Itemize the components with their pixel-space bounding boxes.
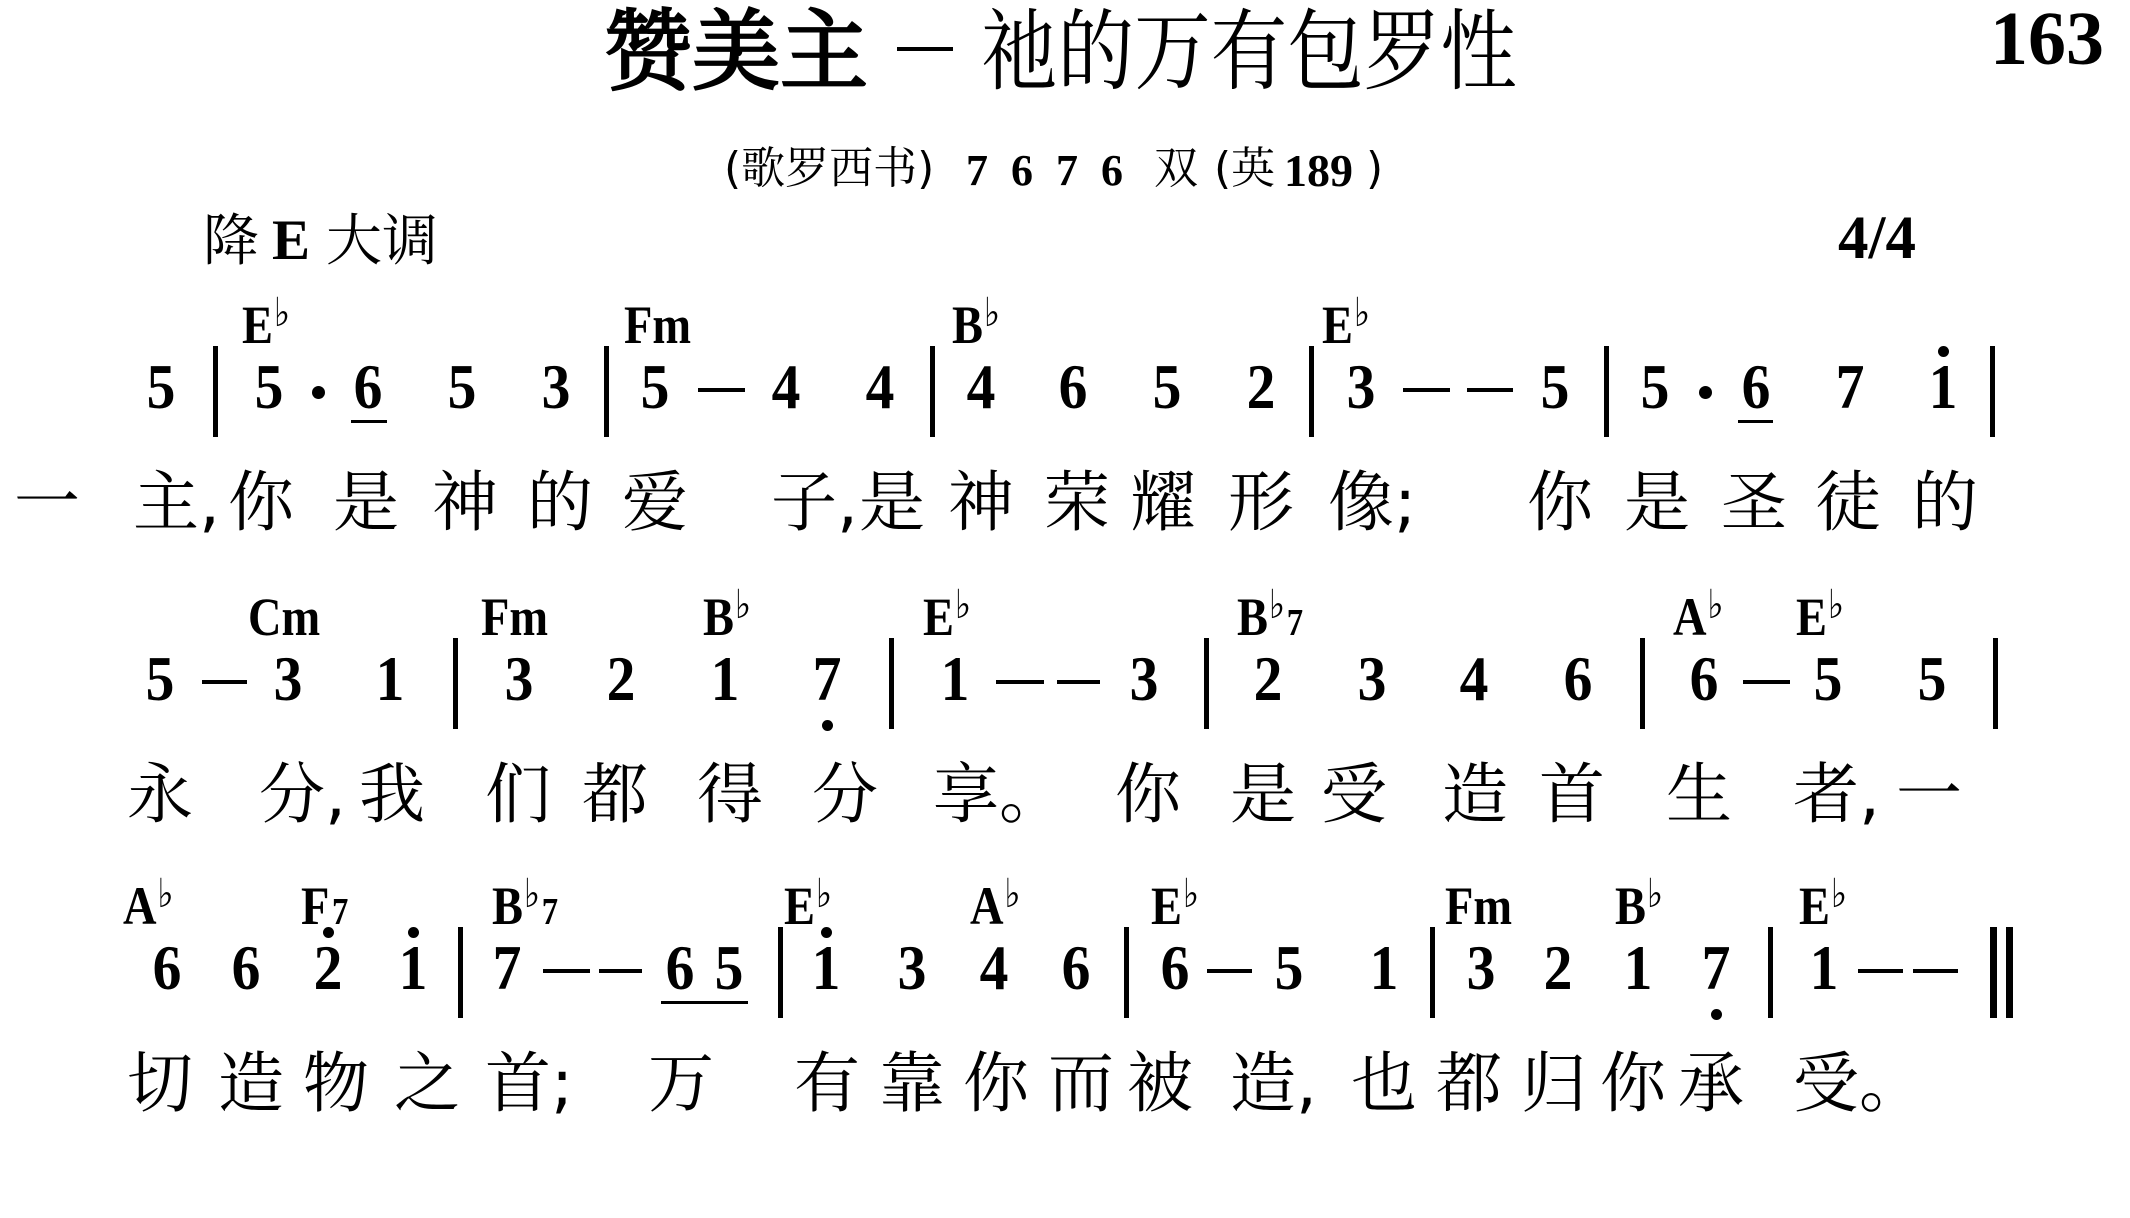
eighth-note-underline <box>661 1001 748 1004</box>
hold-dash: — <box>1743 680 1790 684</box>
chord-name: E <box>1799 876 1830 936</box>
lyric-syllable: 物 <box>303 1051 369 1117</box>
flat-sign: ♭ <box>524 871 540 917</box>
note: 2 <box>314 936 343 1000</box>
bar-line <box>458 927 463 1018</box>
lyric-syllable: 被 <box>1127 1051 1193 1117</box>
lyric-syllable: 神 <box>948 470 1014 536</box>
lyric-syllable: 之 <box>394 1051 460 1117</box>
chord-symbol: E♭ <box>784 879 834 933</box>
chord-symbol: Fm <box>1445 879 1515 933</box>
double-bar-line-left <box>1990 927 1997 1018</box>
note: 2 <box>1247 355 1276 419</box>
chord-symbol: B♭ <box>1615 879 1665 933</box>
bar-line <box>1990 346 1995 437</box>
lyric-syllable: 形 <box>1228 470 1294 536</box>
note: 1 <box>1624 936 1653 1000</box>
lyric-syllable: 耀 <box>1130 470 1196 536</box>
note: 1 <box>1810 936 1839 1000</box>
lyric-syllable: 首 <box>1539 762 1605 828</box>
bar-line <box>1430 927 1435 1018</box>
lyric-syllable: 我 <box>359 762 425 828</box>
note: 6 <box>153 936 182 1000</box>
bar-line <box>1768 927 1773 1018</box>
note: 3 <box>274 647 303 711</box>
lyric-syllable: 承 <box>1678 1051 1744 1117</box>
lyric-syllable: 归 <box>1521 1051 1587 1117</box>
bar-line <box>453 638 458 729</box>
lyric-syllable: 是 <box>1230 762 1296 828</box>
flat-sign: ♭ <box>735 582 751 628</box>
flat-sign: ♭ <box>1354 290 1370 336</box>
note: 4 <box>967 355 996 419</box>
note: 1 <box>376 647 405 711</box>
note: 3 <box>1358 647 1387 711</box>
bar-line <box>889 638 894 729</box>
key-prefix: 降 <box>203 214 259 270</box>
hold-dash: — <box>1057 680 1100 684</box>
eighth-note-underline <box>351 420 387 423</box>
chord-symbol: B♭ <box>952 298 1002 352</box>
lyric-syllable: 受 <box>1321 762 1387 828</box>
lyric-syllable: 分, <box>259 762 346 828</box>
chord-extension: 7 <box>1287 602 1303 644</box>
title-main: 赞美主 <box>604 8 868 96</box>
lyric-syllable: 靠 <box>879 1051 945 1117</box>
note: 7 <box>1836 355 1865 419</box>
lyric-syllable: 一 <box>1896 762 1962 828</box>
note: 5 <box>1153 355 1182 419</box>
chord-name: E <box>784 876 815 936</box>
flat-sign: ♭ <box>1828 582 1844 628</box>
note: 1 <box>711 647 740 711</box>
chord-name: B <box>1615 876 1646 936</box>
hold-dash: — <box>1403 388 1450 392</box>
chord-symbol: E♭ <box>1322 298 1372 352</box>
bar-line <box>930 346 935 437</box>
bar-line <box>1604 346 1609 437</box>
lyric-syllable: 首; <box>485 1051 573 1117</box>
lyric-syllable: 是 <box>1624 470 1690 536</box>
hold-dash: — <box>543 969 590 973</box>
note: 7 <box>813 647 842 711</box>
hold-dash: — <box>698 388 745 392</box>
note: 5 <box>147 355 176 419</box>
chord-name: E <box>923 587 954 647</box>
hold-dash: — <box>599 969 642 973</box>
note: 4 <box>772 355 801 419</box>
hymn-number: 163 <box>1990 1 2104 77</box>
chord-symbol: Cm <box>248 590 323 644</box>
augmentation-dot: · <box>312 386 325 399</box>
note: 6 <box>1062 936 1091 1000</box>
bar-line <box>778 927 783 1018</box>
high-octave-dot <box>408 927 419 938</box>
note: 6 <box>232 936 261 1000</box>
title-separator: — <box>897 47 953 51</box>
chord-symbol: E♭ <box>923 590 973 644</box>
note: 5 <box>1641 355 1670 419</box>
chord-extension: 7 <box>542 891 558 933</box>
note: 5 <box>1541 355 1570 419</box>
note: 3 <box>505 647 534 711</box>
note: 4 <box>866 355 895 419</box>
chord-symbol: B♭7 <box>492 879 558 933</box>
note: 5 <box>146 647 175 711</box>
chord-symbol: A♭ <box>970 879 1022 933</box>
note: 4 <box>980 936 1009 1000</box>
hymn-sheet: 赞美主 — 祂的万有包罗性 163 (歌罗西书) 7 6 7 6 双 (英 18… <box>0 0 2130 1218</box>
chord-name: B <box>492 876 523 936</box>
lyric-syllable: 你 <box>963 1051 1029 1117</box>
note: 3 <box>898 936 927 1000</box>
chord-name: Fm <box>481 587 548 647</box>
note: 3 <box>1467 936 1496 1000</box>
lyric-syllable: 分 <box>812 762 878 828</box>
bar-line <box>1993 638 1998 729</box>
note: 7 <box>493 936 522 1000</box>
lyric-syllable: 子, <box>771 470 858 536</box>
flat-sign: ♭ <box>1707 582 1723 628</box>
note: 2 <box>607 647 636 711</box>
lyric-syllable: 们 <box>485 762 551 828</box>
lyric-syllable: 有 <box>794 1051 860 1117</box>
chord-symbol: Fm <box>624 298 694 352</box>
chord-name: E <box>242 295 273 355</box>
bar-line <box>1204 638 1209 729</box>
chord-name: B <box>703 587 734 647</box>
flat-sign: ♭ <box>1647 871 1663 917</box>
lyric-syllable: 而 <box>1048 1051 1114 1117</box>
flat-sign: ♭ <box>1183 871 1199 917</box>
note: 6 <box>1690 647 1719 711</box>
note: 5 <box>1814 647 1843 711</box>
lyric-syllable: 你 <box>1600 1051 1666 1117</box>
note: 1 <box>1929 355 1958 419</box>
chord-symbol: E♭ <box>1151 879 1201 933</box>
note: 5 <box>255 355 284 419</box>
flat-sign: ♭ <box>157 871 173 917</box>
lyric-syllable: 是 <box>333 470 399 536</box>
hold-dash: — <box>1913 969 1958 973</box>
lyric-syllable: 荣 <box>1044 470 1110 536</box>
hold-dash: — <box>1207 969 1252 973</box>
lyric-syllable: 徒 <box>1815 470 1881 536</box>
lyric-syllable: 的 <box>527 470 593 536</box>
note: 4 <box>1460 647 1489 711</box>
english-hymn-close: ) <box>1366 147 1383 191</box>
hold-dash: — <box>1467 388 1513 392</box>
chord-symbol: E♭ <box>1799 879 1849 933</box>
lyric-syllable: 像; <box>1328 470 1416 536</box>
note: 5 <box>1275 936 1304 1000</box>
note: 1 <box>812 936 841 1000</box>
verse-number: 一 <box>14 470 80 536</box>
chord-symbol: A♭ <box>123 879 175 933</box>
bar-line <box>1124 927 1129 1018</box>
note: 6 <box>354 355 383 419</box>
lyric-syllable: 都 <box>1436 1051 1502 1117</box>
key-tonic: E <box>272 212 310 269</box>
chord-symbol: B♭7 <box>1237 590 1303 644</box>
low-octave-dot <box>1711 1009 1722 1020</box>
note: 3 <box>1347 355 1376 419</box>
note: 5 <box>641 355 670 419</box>
note: 6 <box>666 936 695 1000</box>
chord-name: B <box>1237 587 1268 647</box>
flat-sign: ♭ <box>955 582 971 628</box>
lyric-syllable: 万 <box>648 1051 714 1117</box>
flat-sign: ♭ <box>816 871 832 917</box>
eighth-note-underline <box>1738 420 1773 423</box>
chord-symbol: B♭ <box>703 590 753 644</box>
chord-symbol: A♭ <box>1673 590 1725 644</box>
hold-dash: — <box>996 680 1044 684</box>
lyric-syllable: 你 <box>1115 762 1181 828</box>
lyric-syllable: 永 <box>127 762 193 828</box>
high-octave-dot <box>323 927 334 938</box>
lyric-syllable: 爱 <box>622 470 688 536</box>
note: 2 <box>1544 936 1573 1000</box>
chord-name: Fm <box>624 295 691 355</box>
meter-type: 双 <box>1154 147 1198 191</box>
flat-sign: ♭ <box>1004 871 1020 917</box>
bar-line <box>213 346 218 437</box>
bar-line <box>1309 346 1314 437</box>
chord-symbol: Fm <box>481 590 551 644</box>
scripture-reference: (歌罗西书) <box>724 147 934 191</box>
chord-name: E <box>1151 876 1182 936</box>
chord-name: A <box>123 876 157 936</box>
chord-extension: 7 <box>332 891 348 933</box>
flat-sign: ♭ <box>1831 871 1847 917</box>
flat-sign: ♭ <box>274 290 290 336</box>
note: 6 <box>1742 355 1771 419</box>
lyric-syllable: 你 <box>228 470 294 536</box>
english-hymn-number: 189 <box>1284 148 1353 194</box>
high-octave-dot <box>821 927 832 938</box>
flat-sign: ♭ <box>1269 582 1285 628</box>
lyric-syllable: 得 <box>697 762 763 828</box>
note: 6 <box>1564 647 1593 711</box>
lyric-syllable: 你 <box>1527 470 1593 536</box>
bar-line <box>1640 638 1645 729</box>
low-octave-dot <box>822 720 833 731</box>
lyric-syllable: 受。 <box>1793 1051 1925 1117</box>
note: 5 <box>715 936 744 1000</box>
lyric-syllable: 者, <box>1793 762 1880 828</box>
lyric-syllable: 都 <box>582 762 648 828</box>
note: 3 <box>542 355 571 419</box>
note: 3 <box>1130 647 1159 711</box>
lyric-syllable: 享。 <box>933 762 1065 828</box>
lyric-syllable: 神 <box>432 470 498 536</box>
note: 7 <box>1702 936 1731 1000</box>
lyric-syllable: 是 <box>859 470 925 536</box>
note: 6 <box>1161 936 1190 1000</box>
double-bar-line-right <box>2006 927 2013 1018</box>
lyric-syllable: 造, <box>1230 1051 1317 1117</box>
lyric-syllable: 圣 <box>1721 470 1787 536</box>
flat-sign: ♭ <box>984 290 1000 336</box>
meter: 7 6 7 6 <box>966 149 1129 193</box>
note: 5 <box>448 355 477 419</box>
chord-name: B <box>952 295 983 355</box>
chord-name: E <box>1796 587 1827 647</box>
time-signature: 4/4 <box>1838 208 1916 269</box>
lyric-syllable: 切 <box>127 1051 193 1117</box>
lyric-syllable: 主, <box>133 470 220 536</box>
lyric-syllable: 生 <box>1666 762 1732 828</box>
chord-name: E <box>1322 295 1353 355</box>
lyric-syllable: 造 <box>218 1051 284 1117</box>
note: 6 <box>1059 355 1088 419</box>
note: 1 <box>941 647 970 711</box>
chord-symbol: F7 <box>301 879 348 933</box>
chord-name: Fm <box>1445 876 1512 936</box>
english-hymn-label: (英 <box>1214 147 1275 191</box>
high-octave-dot <box>1938 346 1949 357</box>
note: 5 <box>1918 647 1947 711</box>
chord-symbol: E♭ <box>1796 590 1846 644</box>
bar-line <box>604 346 609 437</box>
lyric-syllable: 的 <box>1912 470 1978 536</box>
chord-name: A <box>1673 587 1707 647</box>
hold-dash: — <box>202 680 247 684</box>
chord-symbol: E♭ <box>242 298 292 352</box>
chord-name: A <box>970 876 1004 936</box>
key-suffix: 大调 <box>326 214 438 270</box>
hold-dash: — <box>1858 969 1903 973</box>
augmentation-dot: · <box>1699 386 1712 399</box>
lyric-syllable: 也 <box>1351 1051 1417 1117</box>
chord-name: Cm <box>248 587 320 647</box>
note: 1 <box>1370 936 1399 1000</box>
title-subtitle: 祂的万有包罗性 <box>981 8 1517 96</box>
note: 2 <box>1254 647 1283 711</box>
lyric-syllable: 造 <box>1442 762 1508 828</box>
note: 1 <box>399 936 428 1000</box>
